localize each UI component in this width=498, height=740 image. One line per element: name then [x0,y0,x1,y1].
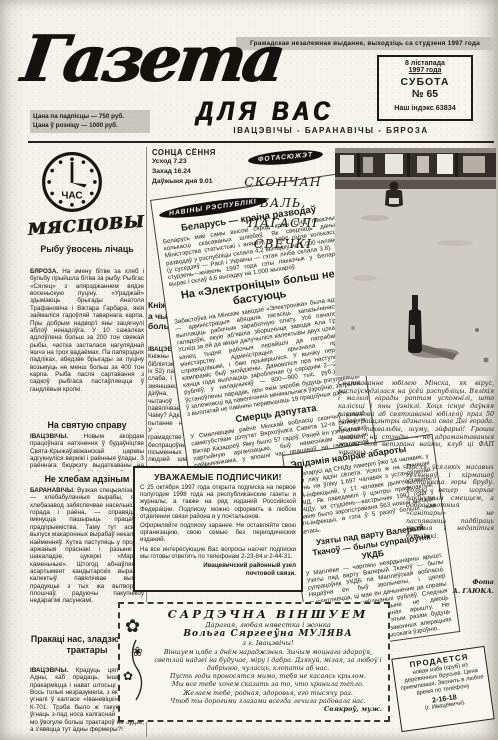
headline-line: ПАГАСЛІ [232,213,334,234]
subscription-notice-box: УВАЖАЕМЫЕ ПОДПИСЧИКИ! С 25 октября 1997 … [133,466,303,592]
issue-number: № 65 [379,88,471,100]
photo-credit-label: Фота [406,578,494,587]
flower-icon: ✿ ❀ ✿ [122,610,150,718]
issue-info-box: 8 лістапада 1997 года СУБОТА № 65 Наш ін… [377,55,473,121]
article-body-fish: БЯРОЗА. На змену бітве за хлеб і бульбу … [30,268,144,416]
photo-credit: Фота А. ГАЮКА. [406,578,494,596]
price-retail: Цана ў розніцу — 1000 руб. [33,121,147,130]
dateline: БАРАНАВІЧЫ. [30,487,75,494]
dateline: ІВАЦЭВІЧЫ. [30,433,68,440]
article-title-fish: Рыбу ўвосень лічаць [30,244,144,255]
issue-index: Наш індэкс 63834 [379,103,471,112]
greeting-verse-line: Чтоб ты дорогими глазами всегда лечила р… [154,697,382,705]
greeting-city: з г. Івацэвічы! [154,639,382,647]
subscription-paragraph: С 25 октября 1997 года открыта подписка … [140,484,296,520]
greeting-title: САРДЭЧНА ВІНШУЕМ [154,607,382,621]
clock-icon: ЧАС [40,150,104,219]
subscription-signature: Ивацевичский районный узел [140,562,296,570]
greeting-verse-line: Мы все тебе хочем сказать за то, что хра… [154,680,382,688]
greeting-message: Віншуем цябе з днём нараджэння. Зычым мо… [154,648,382,672]
svg-text:✿: ✿ [125,616,140,637]
photo-caption: Святкаванне юбілею Мінска, як вірус, рас… [338,380,494,462]
photo-caption-continued: Пасля ўсялякіх масавых гулянняў і кірмаш… [406,464,494,576]
greeting-addressee-line: Дарагая, любая нявестка і жонка [154,621,382,629]
dateline: ІВАЦЭВІЧЫ. [30,667,68,674]
subscription-title: УВАЖАЕМЫЕ ПОДПИСЧИКИ! [140,472,296,482]
coverage-cities: ІВАЦЭВІЧЫ - БАРАНАВІЧЫ - БЯРОЗА [188,126,474,135]
issue-date: 8 лістапада [379,60,471,67]
newspaper-subtitle: ДЛЯ ВАС [196,96,334,127]
dateline: БЯРОЗА. [30,268,58,275]
issue-weekday: СУБОТА [379,76,471,88]
photo-headline: СКОНЧАН БАЛЬ, ПАГАСЛІ СВЕЧКІ [232,172,334,255]
newspaper-title: Газета [18,28,367,92]
article-title-church: На святую справу [30,420,144,431]
greeting-signature: Свякроў, муж. [154,705,382,713]
classified-ad-box: ПРОДАЕТСЯ новая изба (сруб) из деревянны… [391,646,494,732]
header-rule [28,141,494,143]
greeting-name: Вольга Сяргееўна МУЛЯВА [154,629,382,639]
article-text: Вузкая спецыялізацыя — хлебабулачныя выр… [30,487,144,604]
price-subscription: Цана па падпісцы — 750 руб. [33,112,147,121]
subscription-signature: почтовой связи. [140,570,296,578]
issue-year: 1997 года [379,67,471,74]
street-photo [335,148,496,376]
headline-line: СВЕЧКІ [232,234,334,255]
article-text: На змену бітве за хлеб і бульбу прыйшла … [30,268,144,393]
subscription-paragraph: Оформляйте подписку заранее. Не оставляй… [140,522,296,544]
article-body-church: ІВАЦЭВІЧЫ. Новым акордам працоўнага натх… [30,433,144,471]
subscription-paragraph: На все интересующие Вас вопросы насчет п… [140,546,296,560]
newspaper-front-page: Грамадскае незалежнае выданне, выходзіць… [0,0,498,740]
headline-line: СКОНЧАН [232,172,334,193]
greeting-verse-line: Пусть годы проносятся мимо, тебя не каса… [154,672,382,680]
svg-text:❀: ❀ [132,645,143,660]
clock-label: ЧАС [61,190,82,201]
article-title-bread: Не хлебам адзіным [30,474,144,485]
price-box: Цана па падпісцы — 750 руб. Цана ў розні… [30,110,150,133]
birthday-greeting-box: ✿ ❀ ✿ САРДЭЧНА ВІНШУЕМ Дарагая, любая ня… [118,602,390,722]
photographer-name: А. ГАЮКА. [406,587,494,596]
headline-line: БАЛЬ, [232,193,334,214]
svg-text:✿: ✿ [123,669,133,683]
greeting-verse-line: Желаем тебе, родная, здоровья, его тысяч… [154,689,382,697]
